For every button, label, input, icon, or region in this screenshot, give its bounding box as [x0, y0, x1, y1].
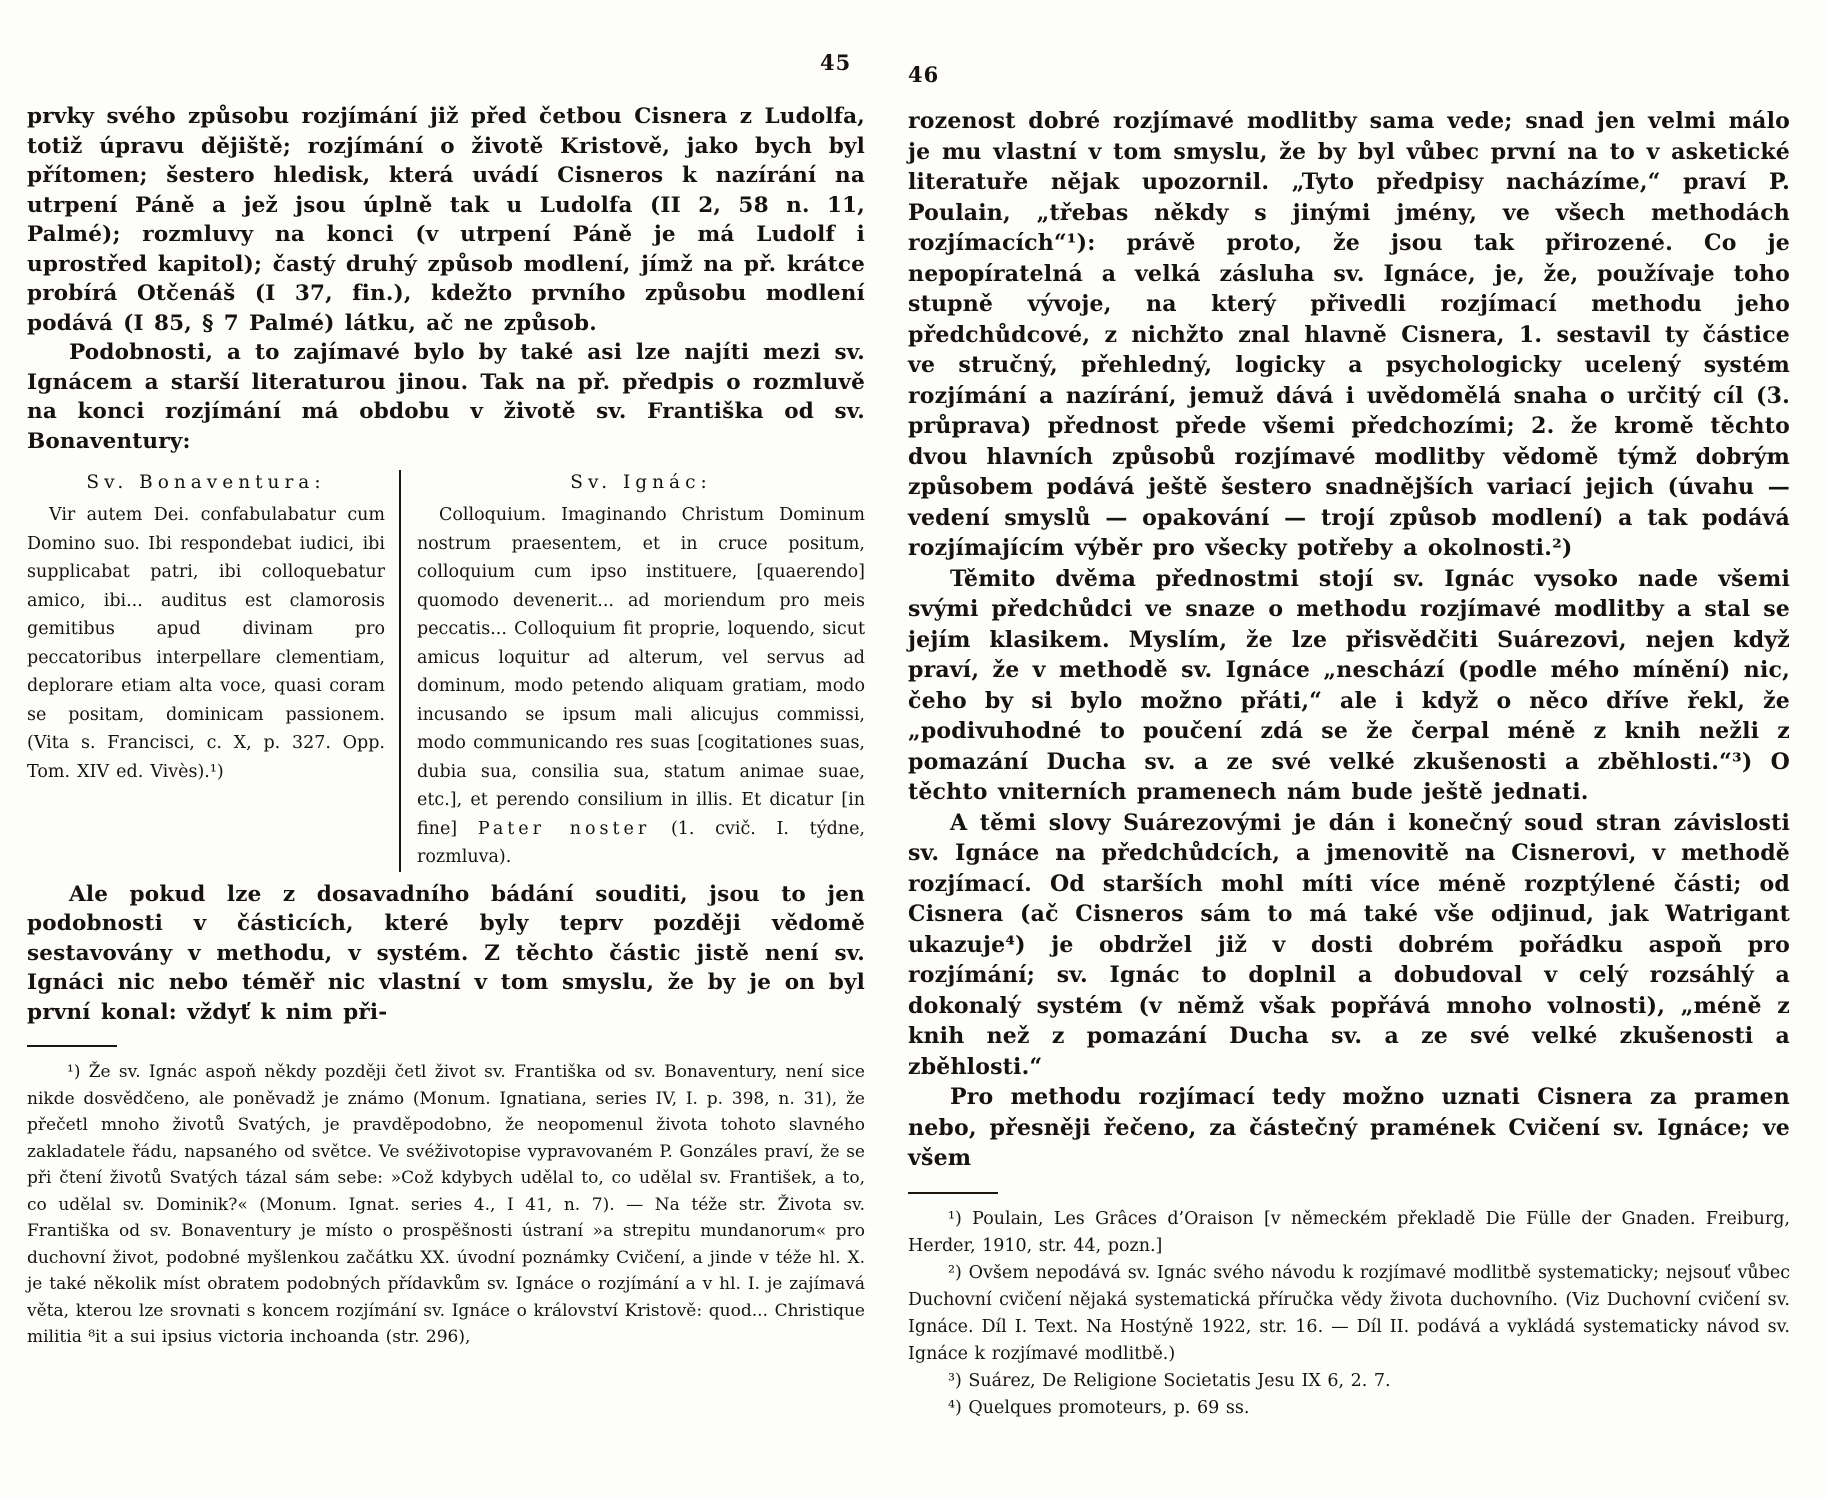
left-paragraph-3: Ale pokud lze z dosavadního bádání soudi…: [27, 880, 865, 1028]
book-scan-spread: 45 46 prvky svého způsobu rozjímání již …: [0, 0, 1826, 1500]
right-footnote-4: ⁴) Quelques promoteurs, p. 69 ss.: [908, 1395, 1790, 1422]
footnote-separator-right: [908, 1192, 998, 1194]
page-number-45: 45: [820, 50, 851, 75]
bonaventura-quote: Vir autem Dei. confabulabatur cum Domino…: [27, 501, 385, 786]
right-footnote-1: ¹) Poulain, Les Grâces d’Oraison [v něme…: [908, 1206, 1790, 1260]
comparison-columns: Sv. Bonaventura: Vir autem Dei. confabul…: [27, 470, 865, 872]
left-paragraph-1: prvky svého způsobu rozjímání již před č…: [27, 102, 865, 338]
ignac-column: Sv. Ignác: Colloquium. Imaginando Christ…: [401, 470, 865, 872]
right-footnote-3: ³) Suárez, De Religione Societatis Jesu …: [908, 1368, 1790, 1395]
left-footnote-1: ¹) Že sv. Ignác aspoň někdy později četl…: [27, 1059, 865, 1351]
bonaventura-column: Sv. Bonaventura: Vir autem Dei. confabul…: [27, 470, 399, 872]
right-paragraph-1: rozenost dobré rozjímavé modlitby sama v…: [908, 106, 1790, 564]
right-paragraph-3: A těmi slovy Suárezovými je dán i konečn…: [908, 808, 1790, 1083]
right-paragraph-4: Pro methodu rozjímací tedy možno uznati …: [908, 1082, 1790, 1174]
ignac-quote-text: Colloquium. Imaginando Christum Dominum …: [417, 505, 865, 839]
bonaventura-heading: Sv. Bonaventura:: [27, 472, 385, 493]
ignac-quote: Colloquium. Imaginando Christum Dominum …: [417, 501, 865, 872]
left-paragraph-2: Podobnosti, a to zajímavé bylo by také a…: [27, 338, 865, 456]
footnote-separator-left: [27, 1045, 117, 1047]
page-left: prvky svého způsobu rozjímání již před č…: [27, 102, 865, 1351]
pater-noster-phrase: Pater noster: [478, 819, 650, 839]
right-footnote-2: ²) Ovšem nepodává sv. Ignác svého návodu…: [908, 1260, 1790, 1368]
page-right: rozenost dobré rozjímavé modlitby sama v…: [908, 106, 1790, 1422]
ignac-heading: Sv. Ignác:: [417, 472, 865, 493]
right-paragraph-2: Těmito dvěma přednostmi stojí sv. Ignác …: [908, 564, 1790, 808]
page-number-46: 46: [908, 62, 939, 87]
